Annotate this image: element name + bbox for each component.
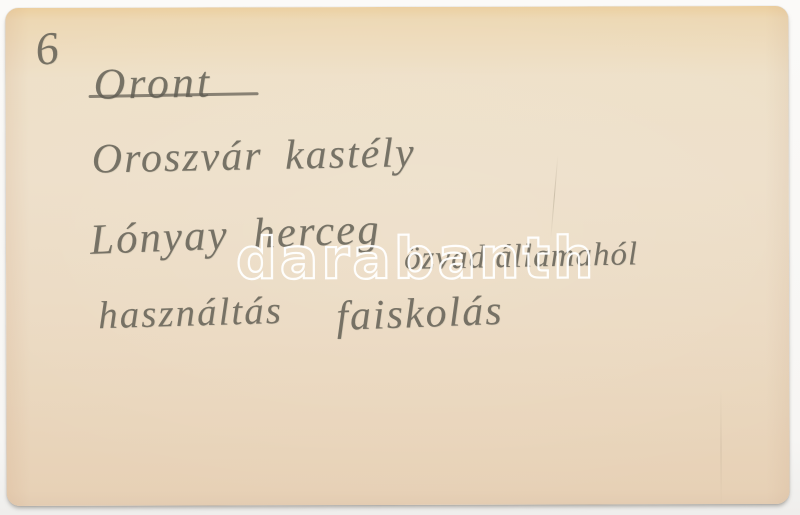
crease-mark-right (720, 388, 721, 508)
darabanth-watermark: darabanth (236, 230, 597, 288)
handwritten-line-bottom-right: faiskolás (335, 290, 504, 338)
handwritten-line-bottom-left: használtás (98, 291, 284, 335)
handwritten-line-castle: Oroszvár kastély (91, 132, 416, 180)
handwritten-corner-number: 6 (33, 25, 62, 74)
postcard-back: 6 Oront Oroszvár kastély Lónyay herceg ö… (5, 6, 789, 506)
scan-background: 6 Oront Oroszvár kastély Lónyay herceg ö… (0, 0, 800, 515)
handwritten-word-struck: Oront (93, 60, 212, 106)
